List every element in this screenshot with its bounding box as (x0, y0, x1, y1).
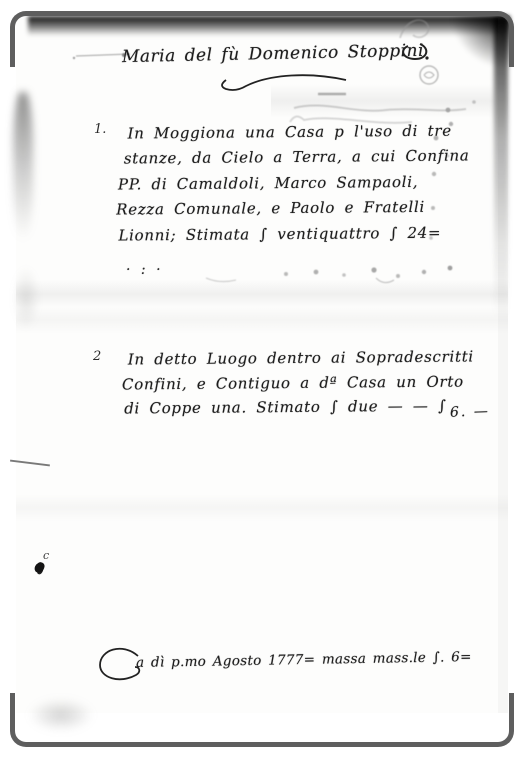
entry-2-line: In detto Luogo dentro ai Sopradescritti (128, 345, 458, 372)
page-right-band (498, 18, 508, 713)
entry-1-line: In Moggiona una Casa p l'uso di tre (127, 119, 457, 147)
entry-1-line: PP. di Camaldoli, Marco Sampaoli, (118, 169, 458, 197)
ghost-swirl-icon (396, 14, 434, 46)
entry-2-line: di Coppe una. Stimato ∫ due — — ∫ (124, 394, 458, 422)
manuscript-scan: Maria del fù Domenico Stoppini (0, 0, 524, 760)
footer-date-line: a dì p.mo Agosto 1777= massa mass.le ∫. … (136, 649, 472, 671)
page-top-edge-shadow (28, 16, 506, 36)
manuscript-page: Maria del fù Domenico Stoppini (16, 18, 508, 713)
entry-1-line: Lionni; Stimata ∫ ventiquattro ∫ 24= (118, 220, 458, 248)
margin-squiggle: c (43, 549, 49, 562)
bottom-left-smudge (28, 698, 94, 732)
entry-2-line: Confini, e Contiguo a dª Casa un Orto (122, 369, 458, 397)
separator-marks: · : · (126, 262, 164, 278)
entry-2-amount: 6. — (450, 403, 490, 420)
entry-1-line: Rezza Comunale, e Paolo e Fratelli (116, 195, 458, 223)
scan-band (16, 306, 508, 334)
scan-band (16, 494, 508, 522)
page-left-smudge (13, 92, 33, 240)
separator-ghost-dots (166, 262, 456, 286)
entry-1-number: 1. (94, 122, 106, 137)
ink-blot (33, 561, 46, 575)
entry-2-text: In detto Luogo dentro ai Sopradescritti … (128, 345, 459, 422)
entry-2-number: 2 (93, 349, 101, 364)
entry-1-text: In Moggiona una Casa p l'uso di tre stan… (127, 119, 458, 249)
entry-1-line: stanze, da Cielo a Terra, a cui Confina (124, 144, 458, 172)
